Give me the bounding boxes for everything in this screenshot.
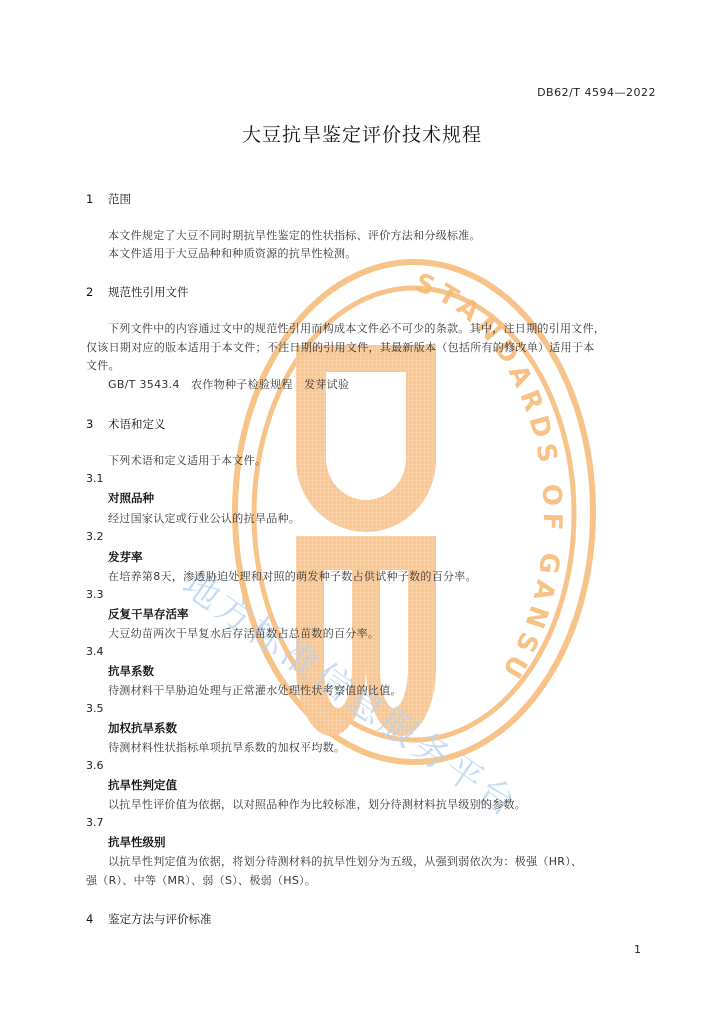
paragraph: 仅该日期对应的版本适用于本文件；不注日期的引用文件，其最新版本（包括所有的修改单…	[86, 339, 595, 355]
term-definition: 在培养第8天，渗透胁迫处理和对照的萌发种子数占供试种子数的百分率。	[108, 568, 477, 584]
term-name: 发芽率	[108, 549, 143, 565]
term-name: 抗旱性判定值	[108, 777, 177, 793]
paragraph: 本文件适用于大豆品种和种质资源的抗旱性检测。	[108, 245, 357, 261]
term-definition: 大豆幼苗两次干旱复水后存活苗数占总苗数的百分率。	[108, 625, 379, 641]
term-number: 3.4	[86, 645, 104, 658]
standard-code: DB62/T 4594—2022	[537, 86, 656, 99]
term-name: 抗旱性级别	[108, 834, 166, 850]
term-definition: 强（R）、中等（MR）、弱（S）、极弱（HS）。	[86, 872, 316, 888]
term-definition: 以抗旱性判定值为依据，将划分待测材料的抗旱性划分为五级，从强到弱依次为：极强（H…	[108, 853, 582, 869]
paragraph: 本文件规定了大豆不同时期抗旱性鉴定的性状指标、评价方法和分级标准。	[108, 227, 481, 243]
section-heading-4: 4鉴定方法与评价标准	[86, 911, 212, 927]
paragraph: 下列术语和定义适用于本文件。	[108, 452, 266, 468]
term-name: 反复干旱存活率	[108, 606, 189, 622]
section-heading-3: 3术语和定义	[86, 416, 166, 432]
term-number: 3.7	[86, 816, 104, 829]
term-definition: 经过国家认定或行业公认的抗旱品种。	[108, 510, 300, 526]
term-number: 3.5	[86, 702, 104, 715]
term-number: 3.3	[86, 588, 104, 601]
term-name: 对照品种	[108, 490, 154, 506]
paragraph: 下列文件中的内容通过文中的规范性引用而构成本文件必不可少的条款。其中，注日期的引…	[108, 320, 605, 336]
term-number: 3.6	[86, 759, 104, 772]
document-title: 大豆抗旱鉴定评价技术规程	[0, 120, 724, 147]
page-number: 1	[634, 943, 641, 956]
term-definition: 以抗旱性评价值为依据，以对照品种作为比较标准，划分待测材料抗旱级别的参数。	[108, 796, 526, 812]
term-name: 抗旱系数	[108, 663, 154, 679]
document-page: STANDARDS OF GANSU 地方标准信息服务平台 DB62/T 459…	[0, 0, 724, 1024]
normative-reference: GB/T 3543.4 农作物种子检验规程 发芽试验	[108, 376, 349, 392]
paragraph: 文件。	[86, 357, 120, 373]
term-number: 3.2	[86, 530, 104, 543]
term-definition: 待测材料干旱胁迫处理与正常灌水处理性状考察值的比值。	[108, 682, 402, 698]
term-number: 3.1	[86, 472, 104, 485]
section-heading-2: 2规范性引用文件	[86, 284, 189, 300]
section-heading-1: 1范围	[86, 191, 131, 207]
term-name: 加权抗旱系数	[108, 720, 177, 736]
term-definition: 待测材料性状指标单项抗旱系数的加权平均数。	[108, 739, 345, 755]
